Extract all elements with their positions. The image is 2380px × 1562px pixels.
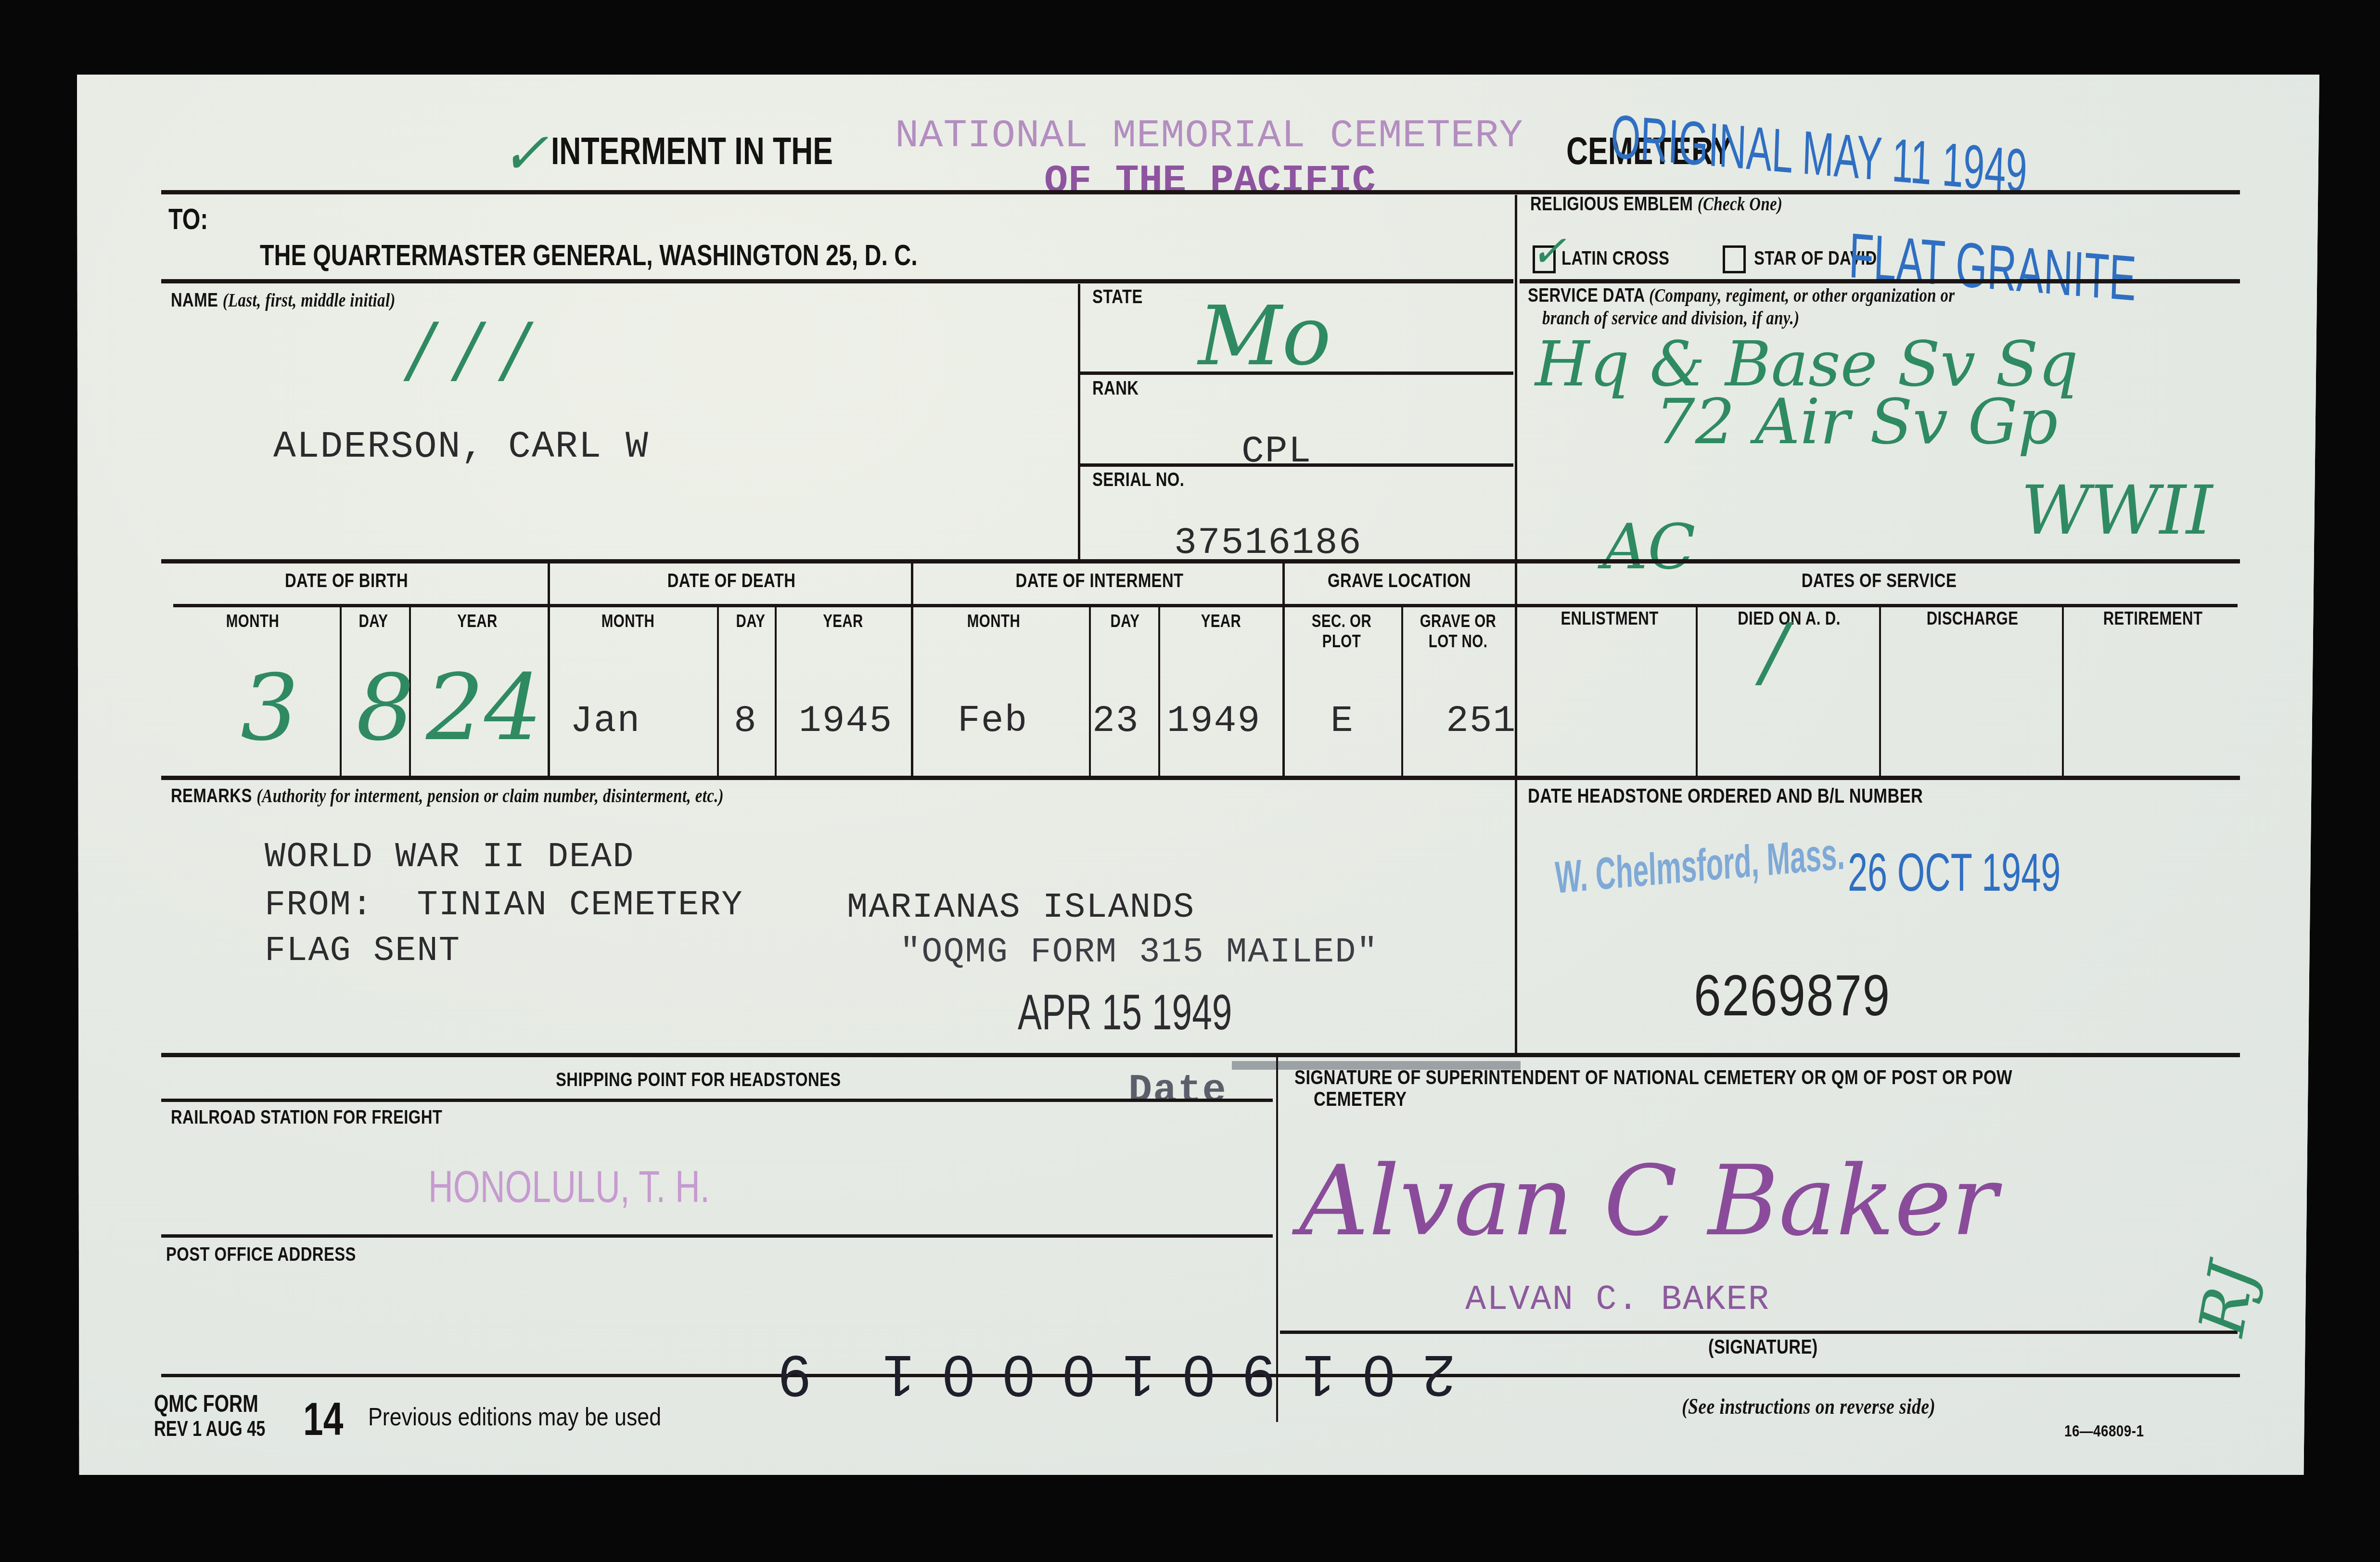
previous-editions-note: Previous editions may be used xyxy=(368,1403,661,1432)
religious-emblem-label: RELIGIOUS EMBLEM (Check One) xyxy=(1530,192,1782,215)
birth-day-label: DAY xyxy=(346,611,401,631)
latin-cross-label: LATIN CROSS xyxy=(1561,248,1669,269)
birth-death-divider xyxy=(548,563,550,777)
headstone-ordered-label: DATE HEADSTONE ORDERED AND B/L NUMBER xyxy=(1528,784,1923,807)
died-on-ad-check-mark: / xyxy=(1761,606,1787,696)
service-enlistment-label: ENLISTMENT xyxy=(1536,609,1682,629)
grave-sec-value: E xyxy=(1331,700,1354,743)
remarks-hint: (Authority for interment, pension or cla… xyxy=(256,785,724,807)
remarks-label-text: REMARKS xyxy=(171,785,252,807)
interment-month-value: Feb xyxy=(958,700,1028,743)
service-data-label: SERVICE DATA (Company, regiment, or othe… xyxy=(1528,284,1955,307)
grave-sec-label: SEC. OR PLOT xyxy=(1294,611,1389,652)
religious-emblem-hint: (Check One) xyxy=(1698,193,1783,215)
name-label-hint: (Last, first, middle initial) xyxy=(223,289,396,311)
rank-rule xyxy=(1080,463,1513,467)
signature-rule xyxy=(1280,1331,2238,1334)
service-col-divider-2 xyxy=(1879,607,1881,776)
service-data-hint-2: branch of service and division, if any.) xyxy=(1542,307,1799,329)
birth-col-divider-1 xyxy=(340,607,342,776)
instructions-note: (See instructions on reverse side) xyxy=(1682,1393,1935,1419)
railroad-rule xyxy=(161,1234,1273,1238)
interment-year-value: 1949 xyxy=(1167,700,1261,743)
remarks-line-2b: MARIANAS ISLANDS xyxy=(847,888,1195,927)
service-data-handwritten-4: WWII xyxy=(2021,472,2213,550)
shipping-rule xyxy=(161,1099,1273,1102)
form-title-prefix: INTERMENT IN THE xyxy=(551,129,833,173)
service-data-hint-line2: branch of service and division, if any.) xyxy=(1542,307,1799,329)
name-label-text: NAME xyxy=(171,290,218,311)
service-col-divider-3 xyxy=(2062,607,2064,776)
rank-label: RANK xyxy=(1092,378,1139,399)
interment-day-label: DAY xyxy=(1096,611,1155,631)
death-day-label: DAY xyxy=(723,611,779,631)
print-code: 16—46809-1 xyxy=(2064,1422,2144,1441)
oqmg-mailed-stamp: "OQMG FORM 315 MAILED" xyxy=(900,933,1379,972)
death-year-label: YEAR xyxy=(788,611,898,631)
bl-number: 6269879 xyxy=(1694,962,1891,1029)
signature-label-line2: CEMETERY xyxy=(1314,1088,1407,1111)
railroad-station-value: HONOLULU, T. H. xyxy=(428,1162,710,1213)
interment-day-value: 23 xyxy=(1092,700,1139,743)
birth-day-value: 8 xyxy=(356,654,414,761)
post-office-label: POST OFFICE ADDRESS xyxy=(166,1244,356,1266)
death-col-divider-1 xyxy=(717,607,719,776)
cemetery-name-stamp-line1: NATIONAL MEMORIAL CEMETERY xyxy=(895,114,1523,158)
to-rule xyxy=(161,279,1513,283)
superintendent-typed-name: ALVAN C. BAKER xyxy=(1465,1280,1770,1319)
birth-month-value: 3 xyxy=(241,654,299,761)
header-rule xyxy=(161,190,2240,194)
remarks-rule xyxy=(161,1053,2240,1057)
form-number: 14 xyxy=(303,1393,343,1446)
star-of-david-checkbox[interactable] xyxy=(1723,245,1746,273)
death-day-value: 8 xyxy=(734,700,757,743)
reviewer-initials: RJ xyxy=(2185,1257,2269,1341)
state-column-divider xyxy=(1078,284,1080,561)
religious-emblem-label-text: RELIGIOUS EMBLEM xyxy=(1530,193,1693,215)
shipping-point-label: SHIPPING POINT FOR HEADSTONES xyxy=(556,1069,841,1091)
remarks-line-1: WORLD WAR II DEAD xyxy=(265,837,635,877)
grave-col-divider xyxy=(1401,607,1403,776)
interment-month-label: MONTH xyxy=(927,611,1061,631)
name-value: ALDERSON, CARL W xyxy=(273,426,649,468)
death-interment-divider xyxy=(911,563,913,777)
death-month-value: Jan xyxy=(570,700,640,743)
date-of-interment-label: DATE OF INTERMENT xyxy=(946,570,1254,592)
serial-value: 37516186 xyxy=(1174,522,1362,564)
form-id-line1: QMC FORM xyxy=(154,1390,258,1418)
handwritten-check-mark: ✓ xyxy=(500,120,549,187)
remarks-line-2a: FROM: TINIAN CEMETERY xyxy=(265,885,743,925)
signature-caption: (SIGNATURE) xyxy=(1708,1335,1818,1358)
service-col-divider-1 xyxy=(1696,607,1698,776)
service-discharge-label: DISCHARGE xyxy=(1897,609,2047,629)
date-subheader-rule xyxy=(173,604,2238,607)
shipping-date-stamp: Date xyxy=(1128,1068,1227,1113)
service-data-handwritten-2: 72 Air Sv Gp xyxy=(1655,385,2058,458)
date-of-death-label: DATE OF DEATH xyxy=(581,570,881,592)
date-of-birth-label: DATE OF BIRTH xyxy=(205,570,488,592)
birth-year-label: YEAR xyxy=(422,611,533,631)
remarks-label: REMARKS (Authority for interment, pensio… xyxy=(171,784,724,807)
to-recipient: THE QUARTERMASTER GENERAL, WASHINGTON 25… xyxy=(260,238,918,272)
form-id-line2: REV 1 AUG 45 xyxy=(154,1417,265,1441)
service-data-label-text: SERVICE DATA xyxy=(1528,285,1644,306)
interment-year-label: YEAR xyxy=(1171,611,1271,631)
superintendent-signature: Alvan C Baker xyxy=(1299,1145,1997,1257)
emblem-rule xyxy=(1520,279,2240,283)
oqmg-mailed-date: APR 15 1949 xyxy=(1018,984,1232,1041)
identity-rule xyxy=(161,559,2240,563)
dates-rule xyxy=(161,776,2240,780)
service-data-hint-1: (Company, regiment, or other organizatio… xyxy=(1649,284,1955,306)
dates-of-service-label: DATES OF SERVICE xyxy=(1585,570,2173,592)
grave-lot-value: 251 xyxy=(1446,700,1516,743)
interment-col-divider-1 xyxy=(1089,607,1091,776)
instructions-note-text: (See instructions on reverse side) xyxy=(1682,1394,1935,1419)
right-column-divider xyxy=(1515,195,1517,1056)
grave-location-label: GRAVE LOCATION xyxy=(1305,570,1494,592)
signature-label-line1: SIGNATURE OF SUPERINTENDENT OF NATIONAL … xyxy=(1294,1066,2012,1089)
death-year-value: 1945 xyxy=(799,700,893,743)
remarks-line-3: FLAG SENT xyxy=(265,931,461,971)
service-died-label: DIED ON A. D. xyxy=(1714,609,1864,629)
death-month-label: MONTH xyxy=(563,611,693,631)
state-value: Mo xyxy=(1198,289,1331,384)
inverted-number-stamp: 2019010001 9 xyxy=(751,1343,1455,1409)
headstone-ordered-date-stamp: 26 OCT 1949 xyxy=(1848,841,2060,903)
grave-lot-label: GRAVE OR LOT NO. xyxy=(1413,611,1504,652)
interment-col-divider-2 xyxy=(1158,607,1160,776)
state-rule xyxy=(1080,371,1513,375)
birth-year-value: 24 xyxy=(426,654,542,761)
railroad-station-label: RAILROAD STATION FOR FREIGHT xyxy=(171,1107,442,1128)
serial-label: SERIAL NO. xyxy=(1092,469,1184,491)
name-check-marks: / / / xyxy=(409,308,528,392)
birth-month-label: MONTH xyxy=(188,611,318,631)
name-label: NAME (Last, first, middle initial) xyxy=(171,289,396,311)
death-col-divider-2 xyxy=(775,607,777,776)
state-label: STATE xyxy=(1092,286,1143,308)
cemetery-name-stamp-line2: OF THE PACIFIC xyxy=(1044,159,1376,204)
service-retirement-label: RETIREMENT xyxy=(2080,609,2226,629)
to-label: TO: xyxy=(168,202,208,236)
interment-grave-divider xyxy=(1282,563,1285,777)
